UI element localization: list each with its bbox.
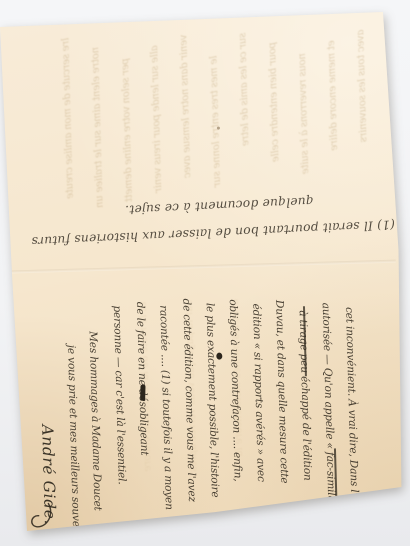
crossed-out-word — [140, 385, 145, 401]
letter-body: cet inconvénient. À vrai dire, Dans l'éd… — [103, 294, 366, 533]
letter-photo: lre sercute de mon amlise creute notre e… — [0, 0, 410, 546]
paper-content: lre sercute de mon amlise creute notre e… — [0, 0, 410, 546]
ink-blot — [216, 353, 222, 360]
signature-flourish — [28, 502, 53, 533]
paper-speck — [217, 127, 220, 130]
closing-block: Mes hommages à Madame Doucet je vous pri… — [56, 329, 110, 538]
letter-paper: lre sercute de mon amlise creute notre e… — [0, 0, 410, 546]
